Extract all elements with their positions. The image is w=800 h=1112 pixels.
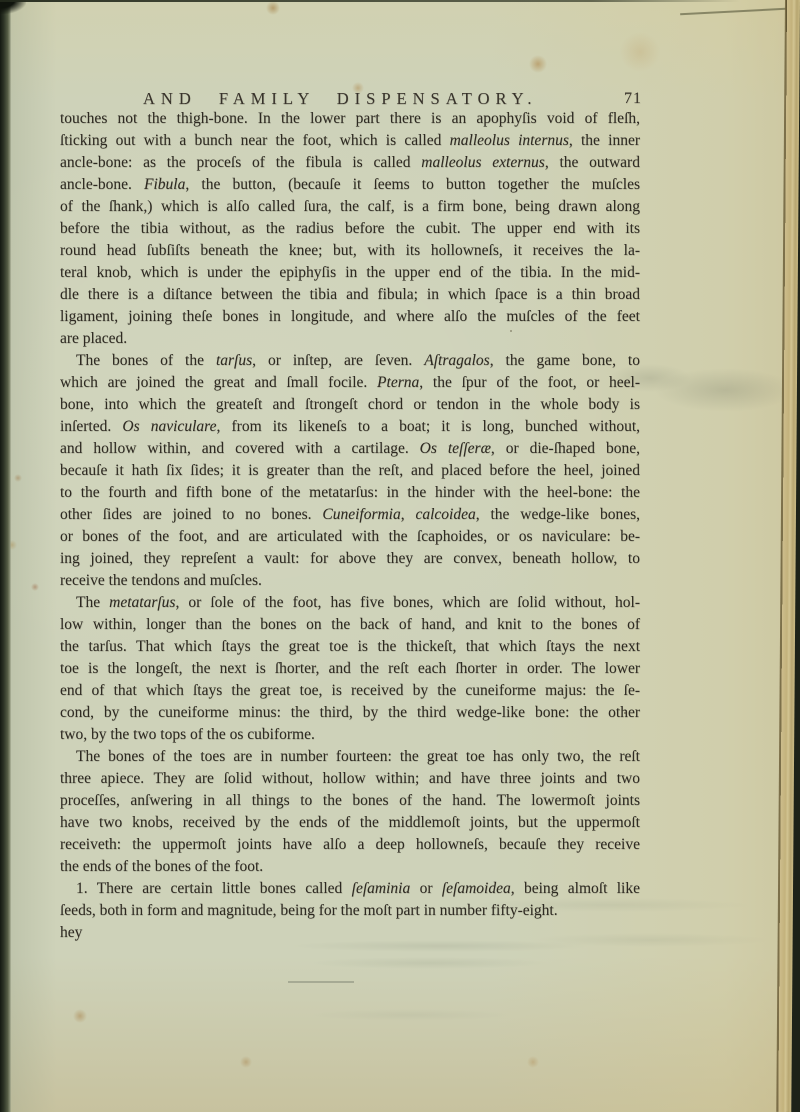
text-line: touches not the thigh-bone. In the lower… bbox=[60, 108, 640, 130]
text-line: inſerted. Os naviculare, from its likene… bbox=[60, 416, 640, 438]
text-line: proceſſes, anſwering in all things to th… bbox=[60, 790, 640, 812]
text-line: two, by the two tops of the os cubiforme… bbox=[60, 724, 640, 746]
text-line: the tarſus. That which ſtays the great t… bbox=[60, 636, 640, 658]
text-line: are placed. bbox=[60, 328, 640, 350]
text-line: before the tibia without, as the radius … bbox=[60, 218, 640, 240]
text-line: toe is the longeſt, the next is ſhorter,… bbox=[60, 658, 640, 680]
text-line: teral knob, which is under the epiphyſis… bbox=[60, 262, 640, 284]
paragraph: The bones of the toes are in number four… bbox=[60, 746, 640, 878]
text-line: to the fourth and fifth bone of the meta… bbox=[60, 482, 640, 504]
text-line: ing joined, they repreſent a vault: for … bbox=[60, 548, 640, 570]
paper-sheet: AND FAMILY DISPENSATORY. 71 touches not … bbox=[10, 0, 786, 1112]
scan-left-edge bbox=[0, 0, 11, 1112]
text-line: ſticking out with a bunch near the foot,… bbox=[60, 130, 640, 152]
text-line: The bones of the toes are in number four… bbox=[60, 746, 640, 768]
text-line: ſeeds, both in form and magnitude, being… bbox=[60, 900, 640, 922]
text-line: receive the tendons and muſcles. bbox=[60, 570, 640, 592]
text-line: low within, longer than the bones on the… bbox=[60, 614, 640, 636]
page-number: 71 bbox=[60, 88, 642, 110]
scanned-book-page: AND FAMILY DISPENSATORY. 71 touches not … bbox=[0, 0, 800, 1112]
paragraph: The bones of the tarſus, or inſtep, are … bbox=[60, 350, 640, 592]
paragraph: 1. There are certain little bones called… bbox=[60, 878, 640, 922]
text-line: of the ſhank,) which is alſo called ſura… bbox=[60, 196, 640, 218]
text-line: receiveth: the uppermoſt joints have alſ… bbox=[60, 834, 640, 856]
text-line: 1. There are certain little bones called… bbox=[60, 878, 640, 900]
text-line: which are joined the great and ſmall foc… bbox=[60, 372, 640, 394]
text-line: bone, into which the greateſt and ſtrong… bbox=[60, 394, 640, 416]
text-line: ancle-bone. Fibula, the button, (becauſe… bbox=[60, 174, 640, 196]
text-line: ligament, joining theſe bones in longitu… bbox=[60, 306, 640, 328]
text-line: The metatarſus, or ſole of the foot, has… bbox=[60, 592, 640, 614]
scan-top-edge bbox=[0, 0, 740, 2]
text-line: becauſe it hath ſix ſides; it is greater… bbox=[60, 460, 640, 482]
verso-showthrough-mark bbox=[288, 981, 354, 983]
scan-corner-shadow bbox=[0, 0, 26, 14]
text-line: The bones of the tarſus, or inſtep, are … bbox=[60, 350, 640, 372]
paragraph: touches not the thigh-bone. In the lower… bbox=[60, 108, 640, 350]
text-line: have two knobs, received by the ends of … bbox=[60, 812, 640, 834]
text-line: ancle-bone: as the proceſs of the fibula… bbox=[60, 152, 640, 174]
text-line: cond, by the cuneiforme minus: the third… bbox=[60, 702, 640, 724]
catchword: hey bbox=[60, 922, 640, 944]
text-line: other ſides are joined to no bones. Cune… bbox=[60, 504, 640, 526]
text-line: three apiece. They are ſolid without, ho… bbox=[60, 768, 640, 790]
text-line: end of that which ſtays the great toe, i… bbox=[60, 680, 640, 702]
text-line: or bones of the foot, and are articulate… bbox=[60, 526, 640, 548]
text-block: touches not the thigh-bone. In the lower… bbox=[60, 108, 640, 944]
text-line: dle there is a diſtance between the tibi… bbox=[60, 284, 640, 306]
text-line: round head ſubſiſts beneath the knee; bu… bbox=[60, 240, 640, 262]
text-line: and hollow within, and covered with a ca… bbox=[60, 438, 640, 460]
paragraph: The metatarſus, or ſole of the foot, has… bbox=[60, 592, 640, 746]
text-line: the ends of the bones of the foot. bbox=[60, 856, 640, 878]
